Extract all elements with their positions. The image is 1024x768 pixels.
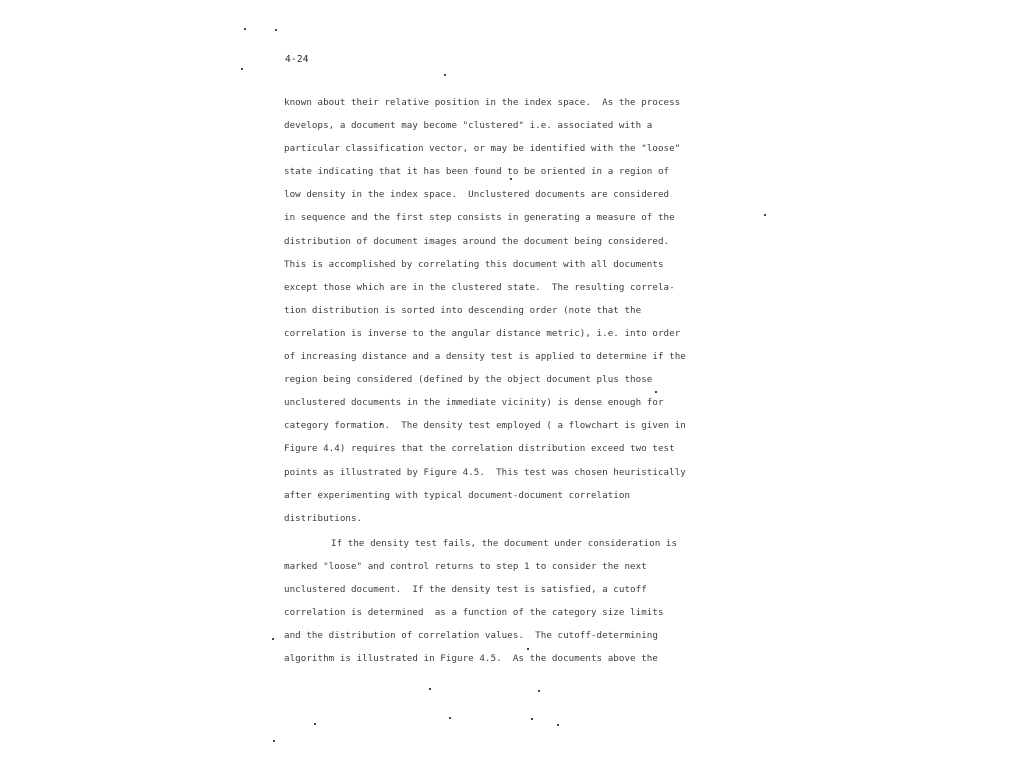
text-line: If the density test fails, the document … xyxy=(284,534,704,557)
text-line: distribution of document images around t… xyxy=(284,232,704,255)
scan-speck xyxy=(380,423,382,425)
scan-speck xyxy=(449,717,451,719)
text-line: unclustered documents in the immediate v… xyxy=(284,393,704,416)
paragraph: If the density test fails, the document … xyxy=(284,534,704,673)
page-number: 4-24 xyxy=(285,54,309,65)
text-line: category formation. The density test emp… xyxy=(284,416,704,439)
scan-speck xyxy=(531,718,533,720)
text-line: region being considered (defined by the … xyxy=(284,370,704,393)
text-line: marked "loose" and control returns to st… xyxy=(284,557,704,580)
scan-speck xyxy=(314,723,316,725)
text-line: of increasing distance and a density tes… xyxy=(284,347,704,370)
scan-speck xyxy=(655,391,657,393)
scan-speck xyxy=(527,648,529,650)
scan-speck xyxy=(429,688,431,690)
text-line: algorithm is illustrated in Figure 4.5. … xyxy=(284,649,704,672)
text-line: correlation is determined as a function … xyxy=(284,603,704,626)
scan-speck xyxy=(241,68,243,70)
document-body: known about their relative position in t… xyxy=(284,93,704,672)
scan-speck xyxy=(764,214,766,216)
scan-speck xyxy=(244,28,246,30)
scan-speck xyxy=(538,690,540,692)
scanned-document-page: 4-24 known about their relative position… xyxy=(0,0,1024,768)
text-line: in sequence and the first step consists … xyxy=(284,208,704,231)
paragraph: known about their relative position in t… xyxy=(284,93,704,532)
text-line: after experimenting with typical documen… xyxy=(284,486,704,509)
text-line: low density in the index space. Uncluste… xyxy=(284,185,704,208)
scan-speck xyxy=(557,724,559,726)
text-line: points as illustrated by Figure 4.5. Thi… xyxy=(284,463,704,486)
scan-speck xyxy=(510,178,512,180)
text-line: unclustered document. If the density tes… xyxy=(284,580,704,603)
scan-speck xyxy=(272,638,274,640)
text-line: except those which are in the clustered … xyxy=(284,278,704,301)
text-line: distributions. xyxy=(284,509,704,532)
text-line: state indicating that it has been found … xyxy=(284,162,704,185)
scan-speck xyxy=(444,74,446,76)
text-line: correlation is inverse to the angular di… xyxy=(284,324,704,347)
text-line: Figure 4.4) requires that the correlatio… xyxy=(284,439,704,462)
text-line: particular classification vector, or may… xyxy=(284,139,704,162)
scan-speck xyxy=(275,29,277,31)
text-line: and the distribution of correlation valu… xyxy=(284,626,704,649)
text-line: This is accomplished by correlating this… xyxy=(284,255,704,278)
text-line: known about their relative position in t… xyxy=(284,93,704,116)
text-line: develops, a document may become "cluster… xyxy=(284,116,704,139)
scan-speck xyxy=(273,740,275,742)
text-line: tion distribution is sorted into descend… xyxy=(284,301,704,324)
